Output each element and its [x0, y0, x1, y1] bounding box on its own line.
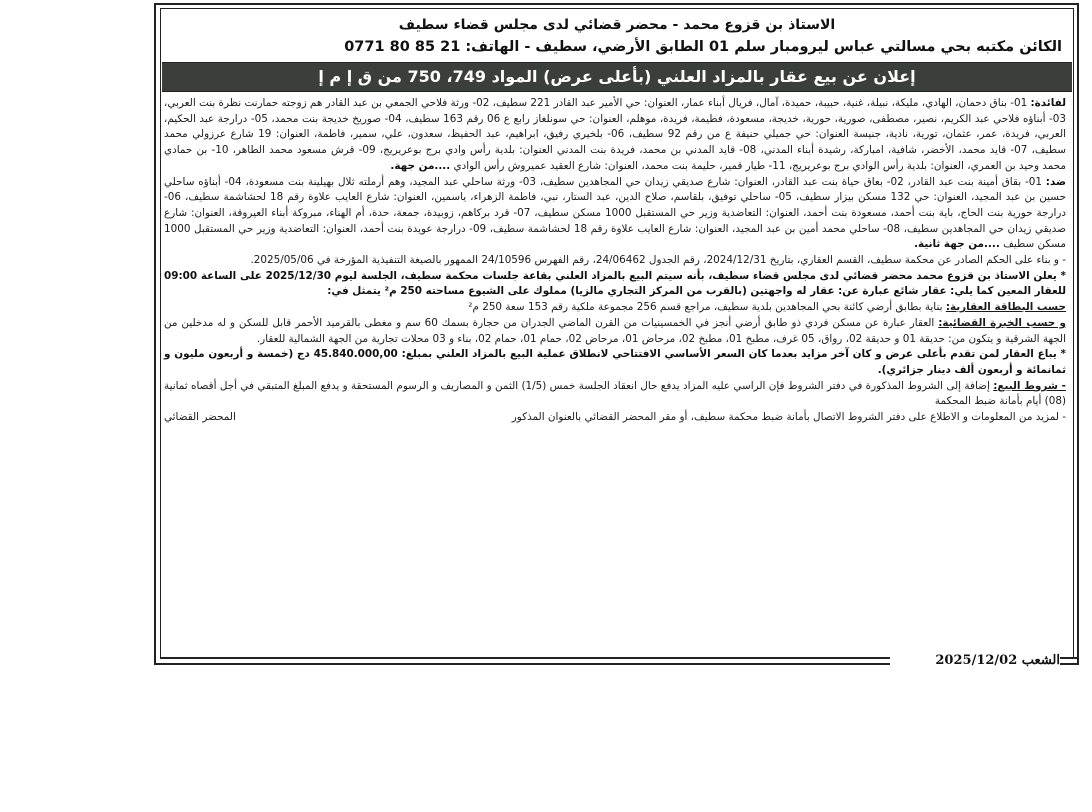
- respondents-paragraph: ضد: 01- بقاق أمينة بنت عبد القادر، 02- ب…: [164, 175, 1066, 254]
- footer-rule-right: [1060, 657, 1079, 665]
- expertise-text: العقار عبارة عن مسكن فردي ذو طابق أرضي أ…: [164, 317, 1066, 345]
- publication-date: 2025/12/02: [935, 653, 1017, 668]
- expertise-paragraph: و حسب الخبرة القضائية: العقار عبارة عن م…: [164, 316, 1066, 347]
- conditions-label: - شروط البيع:: [993, 380, 1066, 392]
- claimants-text: 01- بناق دحمان، الهادي، مليكة، نبيلة، غن…: [164, 97, 1066, 172]
- signature: المحضر القضائي: [164, 410, 236, 426]
- announcement-paragraph: * يعلن الاستاذ بن قزوع محمد محضر قضائي ل…: [164, 269, 1066, 300]
- info-signature-line: - لمزيد من المعلومات و الاطلاع على دفتر …: [164, 410, 1066, 426]
- cadastral-label: حسب البطاقة العقارية:: [946, 301, 1066, 313]
- conditions-paragraph: - شروط البيع: إضافة إلى الشروط المذكورة …: [164, 379, 1066, 410]
- expertise-label: و حسب الخبرة القضائية:: [938, 317, 1066, 329]
- info-text: - لمزيد من المعلومات و الاطلاع على دفتر …: [512, 410, 1066, 426]
- cadastral-text: بناية بطابق أرضي كائنة بحي المجاهدين بلد…: [468, 301, 942, 313]
- bailiff-name: الاستاذ بن قزوع محمد - محضر قضائي لدى مج…: [162, 14, 1072, 36]
- respondents-label: ضد:: [1046, 176, 1066, 188]
- footer-label: الشعب 2025/12/02: [890, 650, 1060, 672]
- footer-rule: [160, 657, 980, 665]
- claimants-paragraph: لفائدة: 01- بناق دحمان، الهادي، مليكة، ن…: [164, 96, 1066, 175]
- conditions-text: إضافة إلى الشروط المذكورة في دفتر الشروط…: [164, 380, 1066, 408]
- claimants-label: لفائدة:: [1031, 97, 1066, 109]
- newspaper-name: الشعب: [1022, 653, 1060, 668]
- judgment-paragraph: - و بناء على الحكم الصادر عن محكمة سطيف،…: [164, 253, 1066, 269]
- notice-header: الاستاذ بن قزوع محمد - محضر قضائي لدى مج…: [162, 10, 1072, 62]
- price-paragraph: * يباع العقار لمن تقدم بأعلى عرض و كان آ…: [164, 347, 1066, 378]
- respondents-end: ....من جهة ثانية.: [914, 238, 1000, 250]
- notice-body: لفائدة: 01- بناق دحمان، الهادي، مليكة، ن…: [164, 96, 1066, 426]
- bailiff-address: الكائن مكتبه بحي مسالتي عباس ليرومبار سل…: [162, 36, 1072, 58]
- claimants-end: ....من جهة.: [390, 160, 450, 172]
- notice-title: إعلان عن بيع عقار بالمزاد العلني (بأعلى …: [162, 62, 1072, 92]
- cadastral-paragraph: حسب البطاقة العقارية: بناية بطابق أرضي ك…: [164, 300, 1066, 316]
